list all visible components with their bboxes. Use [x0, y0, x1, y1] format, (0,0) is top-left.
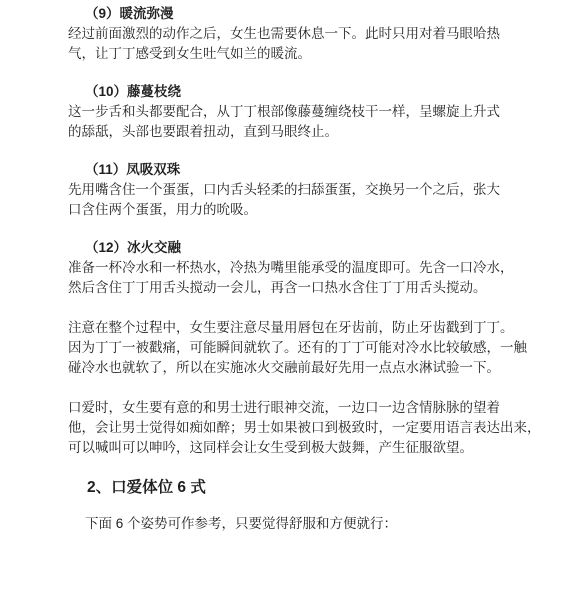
- section-heading-9: （9）暖流弥漫: [68, 4, 520, 24]
- chapter-intro: 下面 6 个姿势可作参考，只要觉得舒服和方便就行：: [68, 514, 520, 534]
- section-11-paragraph: 先用嘴含住一个蛋蛋，口内舌头轻柔的扫舔蛋蛋，交换另一个之后，张大 口含住两个蛋蛋…: [68, 180, 520, 220]
- body-line: 他，会让男士觉得如痴如醉；男士如果被口到极致时，一定要用语言表达出来，: [68, 418, 520, 438]
- body-line: 经过前面激烈的动作之后，女生也需要休息一下。此时只用对着马眼哈热: [68, 24, 520, 44]
- body-line: 这一步舌和头都要配合，从丁丁根部像藤蔓缠绕枝干一样，呈螺旋上升式: [68, 102, 520, 122]
- body-line: 下面 6 个姿势可作参考，只要觉得舒服和方便就行：: [68, 514, 520, 534]
- chapter-heading: 2、口爱体位 6 式: [68, 476, 520, 500]
- body-line: 口爱时，女生要有意的和男士进行眼神交流，一边口一边含情脉脉的望着: [68, 398, 520, 418]
- section-heading-12: （12）冰火交融: [68, 238, 520, 258]
- body-line: 碰冷水也就软了，所以在实施冰火交融前最好先用一点点水淋试验一下。: [68, 358, 520, 378]
- document-page: （9）暖流弥漫 经过前面激烈的动作之后，女生也需要休息一下。此时只用对着马眼哈热…: [0, 0, 584, 600]
- section-9-paragraph: 经过前面激烈的动作之后，女生也需要休息一下。此时只用对着马眼哈热 气，让丁丁感受…: [68, 24, 520, 64]
- caution-paragraph: 注意在整个过程中，女生要注意尽量用唇包在牙齿前，防止牙齿戳到丁丁。 因为丁丁一被…: [68, 318, 520, 378]
- closing-paragraph: 口爱时，女生要有意的和男士进行眼神交流，一边口一边含情脉脉的望着 他，会让男士觉…: [68, 398, 520, 458]
- body-line: 口含住两个蛋蛋，用力的吮吸。: [68, 200, 520, 220]
- body-line: 准备一杯冷水和一杯热水，冷热为嘴里能承受的温度即可。先含一口冷水，: [68, 258, 520, 278]
- section-heading-11: （11）凤吸双珠: [68, 160, 520, 180]
- body-line: 气，让丁丁感受到女生吐气如兰的暖流。: [68, 44, 520, 64]
- body-line: 的舔舐，头部也要跟着扭动，直到马眼终止。: [68, 122, 520, 142]
- body-line: 然后含住丁丁用舌头搅动一会儿，再含一口热水含住丁丁用舌头搅动。: [68, 278, 520, 298]
- section-10-paragraph: 这一步舌和头都要配合，从丁丁根部像藤蔓缠绕枝干一样，呈螺旋上升式 的舔舐，头部也…: [68, 102, 520, 142]
- body-line: 注意在整个过程中，女生要注意尽量用唇包在牙齿前，防止牙齿戳到丁丁。: [68, 318, 520, 338]
- section-heading-10: （10）藤蔓枝绕: [68, 82, 520, 102]
- body-line: 先用嘴含住一个蛋蛋，口内舌头轻柔的扫舔蛋蛋，交换另一个之后，张大: [68, 180, 520, 200]
- body-line: 可以喊叫可以呻吟，这同样会让女生受到极大鼓舞，产生征服欲望。: [68, 438, 520, 458]
- body-line: 因为丁丁一被戳痛，可能瞬间就软了。还有的丁丁可能对冷水比较敏感，一触: [68, 338, 520, 358]
- section-12-paragraph: 准备一杯冷水和一杯热水，冷热为嘴里能承受的温度即可。先含一口冷水， 然后含住丁丁…: [68, 258, 520, 298]
